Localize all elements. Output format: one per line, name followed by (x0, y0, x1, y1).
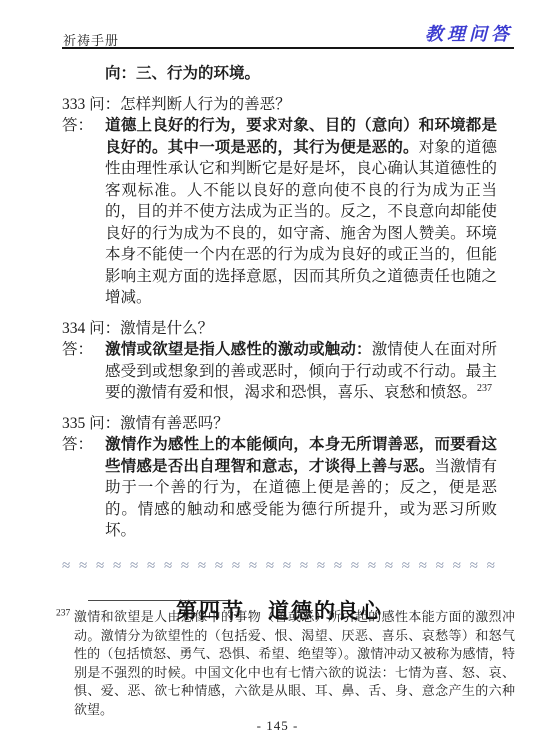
question-335: 335 问：激情有善恶吗？ (62, 413, 497, 435)
wave-separator: ≈ ≈ ≈ ≈ ≈ ≈ ≈ ≈ ≈ ≈ ≈ ≈ ≈ ≈ ≈ ≈ ≈ ≈ ≈ ≈ … (62, 556, 497, 578)
document-page: 祈祷手册 教理问答 向：三、行为的环境。 333 问：怎样判断人行为的善恶？ 答… (0, 0, 555, 751)
header-rule (62, 47, 514, 49)
page-number: - 145 - (0, 718, 555, 734)
question-333: 333 问：怎样判断人行为的善恶？ (62, 94, 497, 116)
footnote-separator-rule (88, 600, 228, 601)
footnote-number: 237 (56, 609, 70, 619)
answer-333: 答：道德上良好的行为，要求对象、目的（意向）和环境都是良好的。其中一项是恶的，其… (62, 115, 497, 309)
footnote-text: 激情和欲望是人由想像中的事物（善或恶）所引起的感性本能方面的激烈冲动。激情分为欲… (74, 609, 515, 717)
answer-label: 答： (62, 115, 105, 137)
question-number: 333 (62, 96, 85, 113)
carryover-line: 向：三、行为的环境。 (62, 63, 497, 85)
body-text-column: 向：三、行为的环境。 333 问：怎样判断人行为的善恶？ 答：道德上良好的行为，… (62, 57, 497, 623)
answer-335: 答：激情作为感性上的本能倾向，本身无所谓善恶，而要看这些情感是否出自理智和意志，… (62, 434, 497, 542)
answer-label: 答： (62, 434, 105, 456)
answer-label: 答： (62, 339, 105, 361)
carryover-line-text: 向：三、行为的环境。 (105, 65, 260, 82)
question-334: 334 问：激情是什么？ (62, 318, 497, 340)
question-number: 334 (62, 320, 85, 337)
question-label: 问： (89, 96, 120, 113)
question-text: 激情有善恶吗？ (120, 415, 229, 432)
question-text: 激情是什么？ (120, 320, 213, 337)
question-number: 335 (62, 415, 85, 432)
header-chapter-title: 教理问答 (425, 20, 513, 46)
answer-regular-text: 对象的道德性由理性承认它和判断它是好是坏，良心确认其道德性的客观标准。人不能以良… (105, 139, 497, 307)
footnote-237: 237 激情和欲望是人由想像中的事物（善或恶）所引起的感性本能方面的激烈冲动。激… (56, 608, 515, 719)
question-text: 怎样判断人行为的善恶？ (120, 96, 291, 113)
answer-334: 答：激情或欲望是指人感性的激动或触动：激情使人在面对所感受到或想象到的善或恶时，… (62, 339, 497, 404)
answer-bold-text: 激情或欲望是指人感性的激动或触动： (105, 341, 372, 358)
footnote-reference-marker: 237 (477, 383, 492, 394)
question-label: 问： (89, 415, 120, 432)
question-label: 问： (89, 320, 120, 337)
